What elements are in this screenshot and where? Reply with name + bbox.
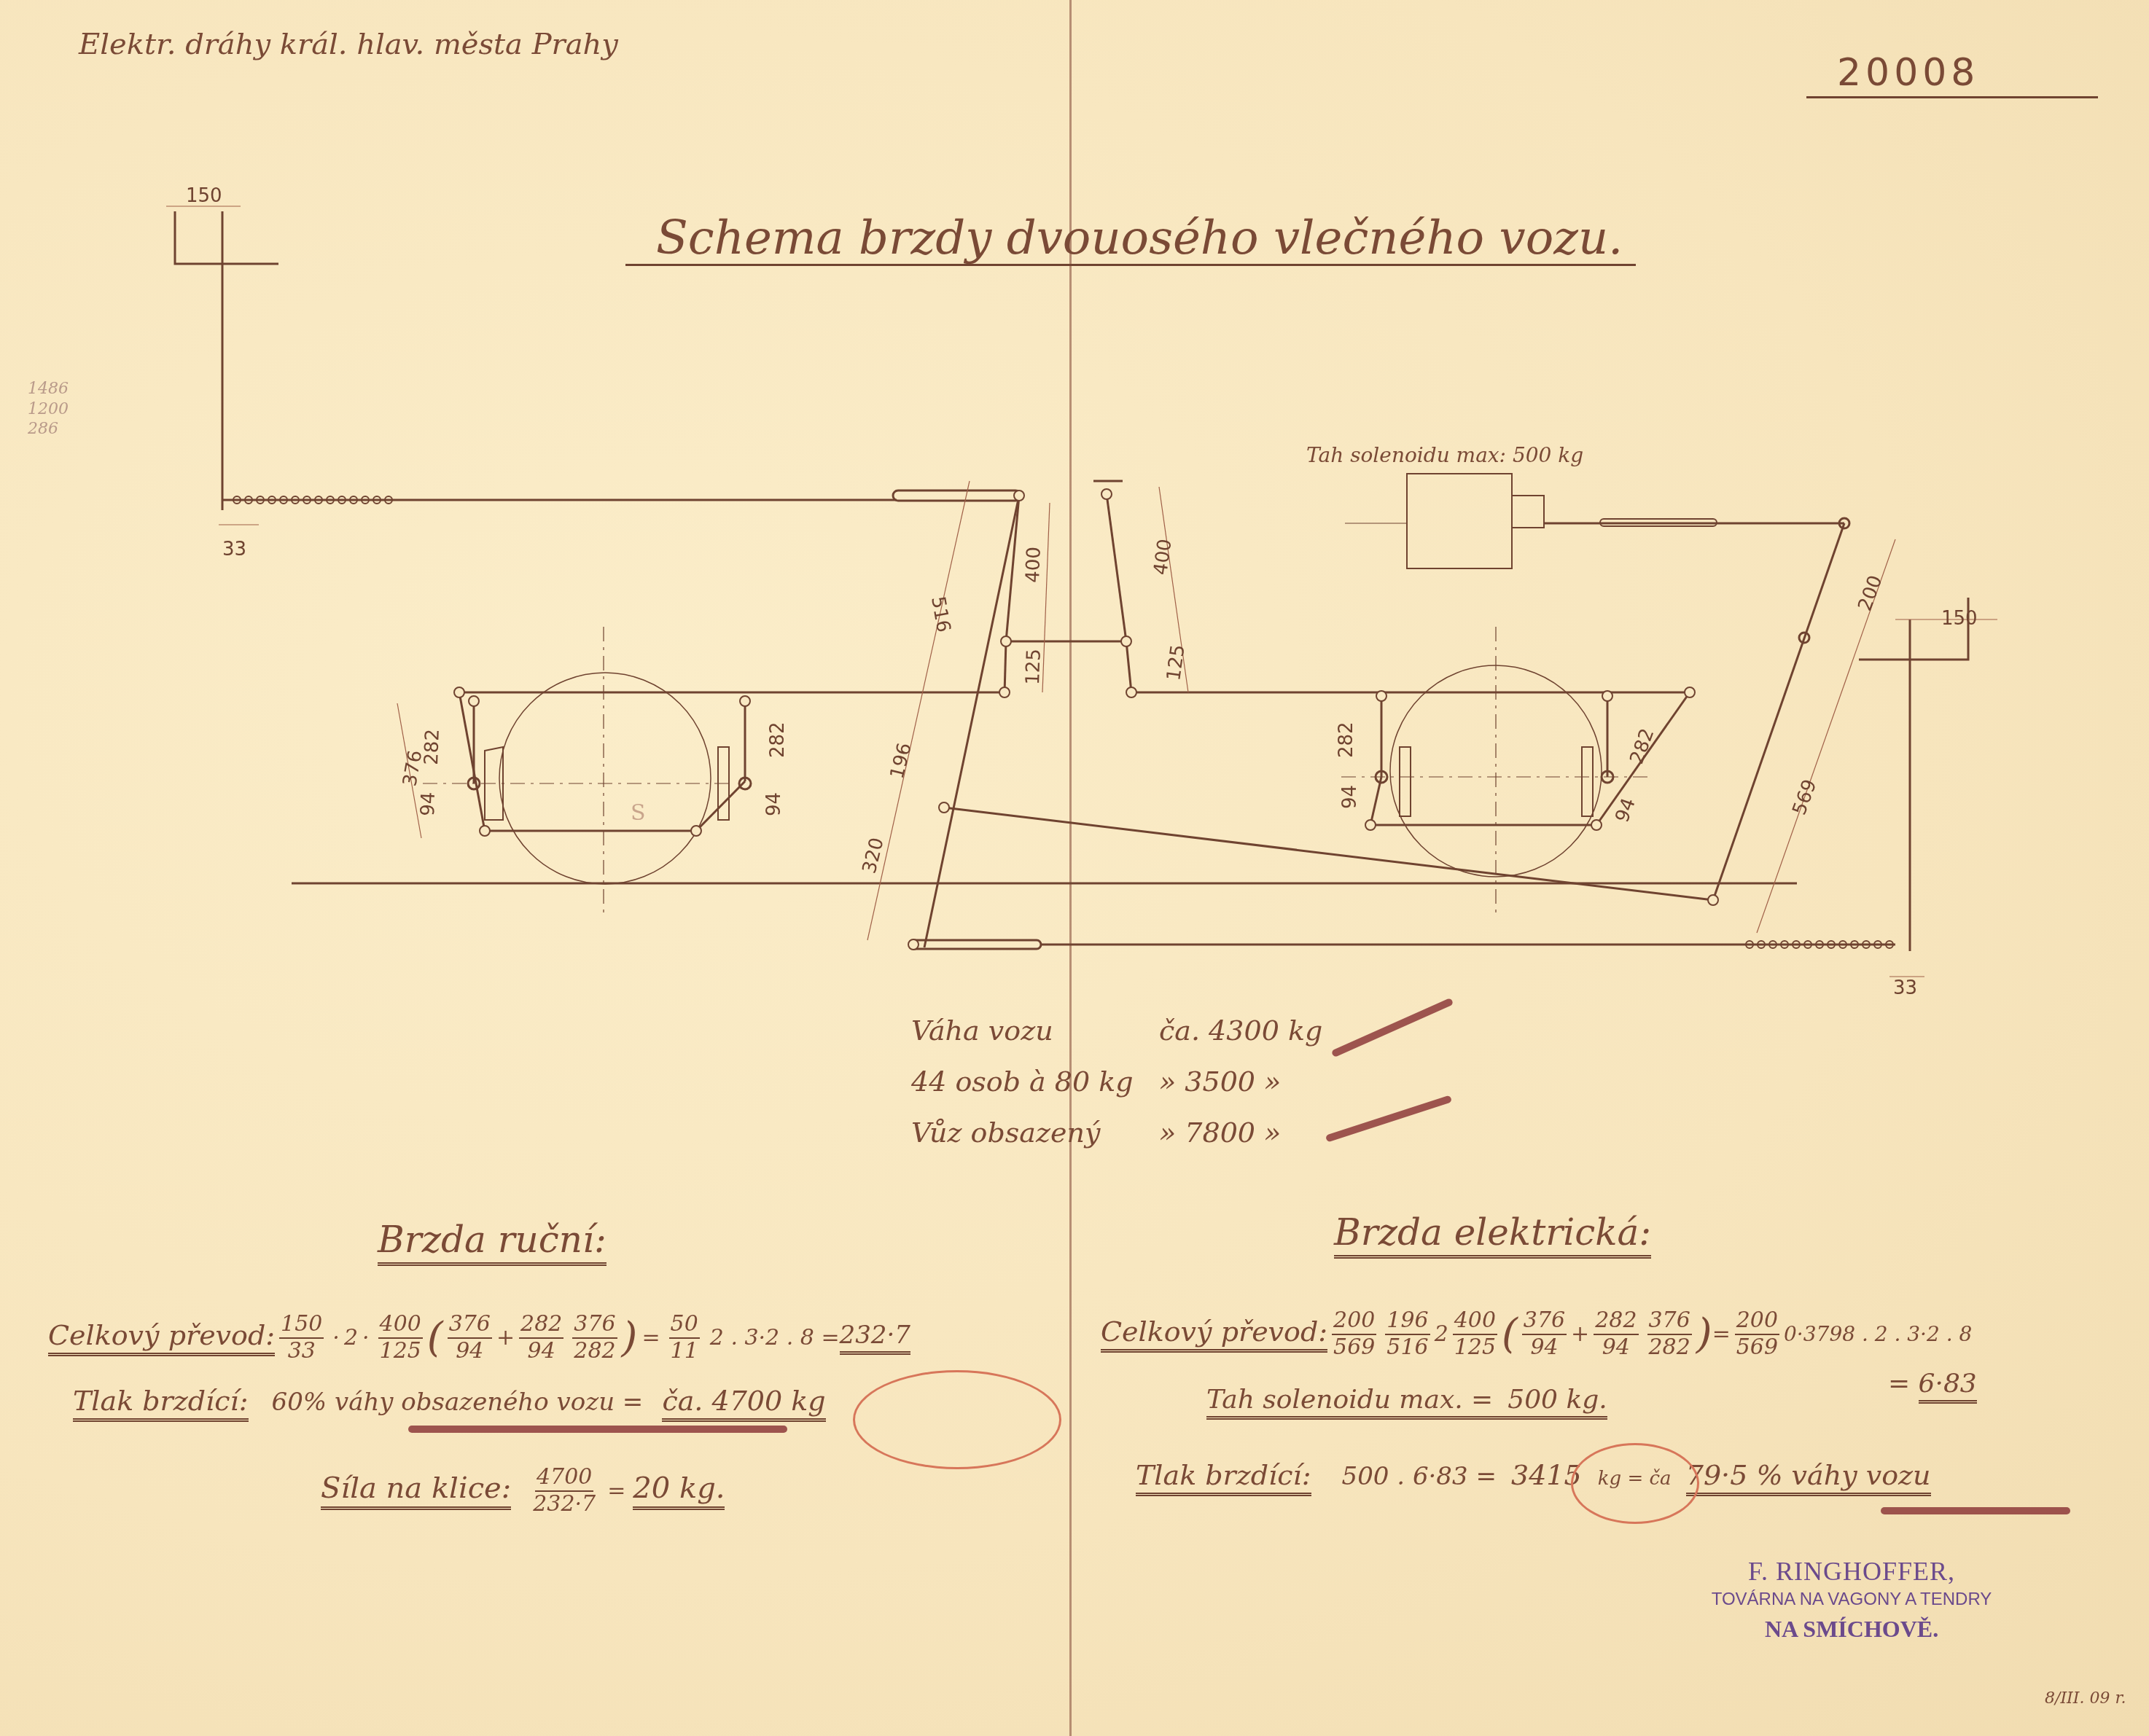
weight-row-label: Vůz obsazený bbox=[911, 1117, 1100, 1149]
hand-brake-heading: Brzda ruční: bbox=[378, 1219, 607, 1266]
dim-400-left: 400 bbox=[1022, 547, 1045, 584]
dim-282-right-b: 282 bbox=[1626, 725, 1658, 767]
dim-516: 516 bbox=[927, 595, 954, 634]
dim-94-right-b: 94 bbox=[1611, 795, 1640, 825]
factory-stamp: F. RINGHOFFER, TOVÁRNA NA VAGONY A TENDR… bbox=[1662, 1556, 2041, 1643]
dim-150-right: 150 bbox=[1941, 608, 1978, 630]
red-circle-4700 bbox=[853, 1370, 1061, 1469]
dim-400-right: 400 bbox=[1150, 538, 1177, 576]
dim-150-left: 150 bbox=[186, 185, 222, 207]
date-note: 8/III. 09 r. bbox=[2045, 1689, 2126, 1708]
electric-brake-heading: Brzda elektrická: bbox=[1334, 1211, 1651, 1259]
red-circle-3415 bbox=[1571, 1443, 1699, 1524]
electric-ratio-result: = 6·83 bbox=[1888, 1369, 1977, 1399]
crank-force: Síla na klice: 4700232·7 = 20 kg. bbox=[321, 1465, 725, 1517]
weight-row-value: » 7800 » bbox=[1159, 1117, 1281, 1149]
weight-row-label: 44 osob à 80 kg bbox=[911, 1066, 1134, 1098]
dim-94-left-b: 94 bbox=[763, 792, 785, 816]
dim-282-right-a: 282 bbox=[1335, 722, 1357, 758]
dim-320: 320 bbox=[859, 835, 889, 875]
red-underline bbox=[1881, 1507, 2070, 1514]
hand-brake-pressure: Tlak brzdící: 60% váhy obsazeného vozu =… bbox=[73, 1385, 826, 1417]
solenoid-label: Tah solenoidu max: 500 kg bbox=[1306, 443, 1583, 467]
dim-94-left-a: 94 bbox=[417, 791, 440, 816]
dim-282-left-b: 282 bbox=[767, 722, 789, 758]
dim-33-right: 33 bbox=[1893, 977, 1917, 999]
dim-196: 196 bbox=[886, 740, 916, 781]
electric-brake-pressure: Tlak brzdící: 500 . 6·83 = 3415 kg = ča … bbox=[1136, 1459, 1931, 1491]
dim-94-right-a: 94 bbox=[1339, 785, 1361, 809]
hand-brake-total-ratio: Celkový převod: 15033 ·2· 400125 ( 37694… bbox=[48, 1312, 910, 1364]
hand-lever-left bbox=[175, 211, 278, 264]
dim-33-left: 33 bbox=[222, 539, 246, 560]
dim-200: 200 bbox=[1854, 572, 1887, 614]
weight-row-value: ča. 4300 kg bbox=[1159, 1014, 1322, 1047]
electric-brake-total-ratio: Celkový převod: 200569 196516 2 400125 (… bbox=[1101, 1308, 1972, 1360]
weight-row-value: » 3500 » bbox=[1159, 1066, 1281, 1098]
solenoid-pull: Tah solenoidu max. =500 kg. bbox=[1206, 1385, 1607, 1415]
dim-282-left-a: 282 bbox=[421, 729, 444, 766]
dim-569: 569 bbox=[1788, 776, 1821, 818]
wheel-mark: S bbox=[631, 800, 646, 826]
weight-row-label: Váha vozu bbox=[911, 1014, 1053, 1047]
dim-125-left: 125 bbox=[1022, 649, 1045, 686]
red-underline bbox=[408, 1426, 787, 1433]
